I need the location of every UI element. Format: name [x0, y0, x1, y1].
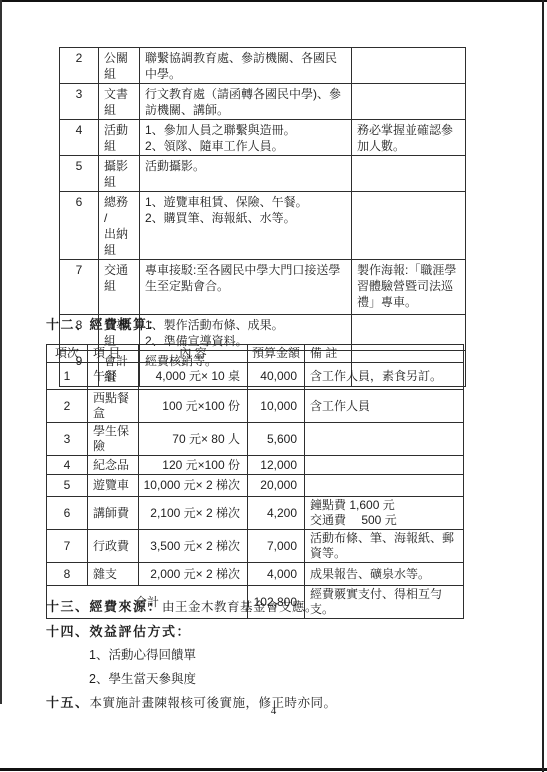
table-row: 5 攝影組 活動攝影。	[60, 156, 466, 192]
col-header-item: 項 目	[88, 345, 139, 363]
section-13-text: 由王金木教育基金會支應。	[162, 600, 318, 614]
row-no: 6	[60, 192, 99, 260]
row-no: 5	[60, 156, 99, 192]
budget-note	[305, 456, 464, 475]
section-13-heading: 十三、經費來源：	[46, 599, 162, 614]
budget-amount: 4,000	[248, 563, 305, 586]
org-duty-table: 2 公關組 聯繫協調教育處、參訪機關、各國民中學。 3 文書組 行文教育處（請函…	[59, 47, 466, 387]
section-12-heading: 十二、經費概算：	[46, 314, 162, 333]
table-row: 3 學生保險 70 元× 80 人 5,600	[47, 423, 464, 456]
budget-detail: 2,000 元× 2 梯次	[139, 563, 248, 586]
group-tasks: 聯繫協調教育處、參訪機關、各國民中學。	[140, 48, 352, 84]
budget-item: 行政費	[88, 530, 139, 563]
row-no: 8	[47, 563, 88, 586]
group-tasks: 1、遊覽車租賃、保險、午餐。 2、購買筆、海報紙、水等。	[140, 192, 352, 260]
budget-amount: 5,600	[248, 423, 305, 456]
budget-detail: 120 元×100 份	[139, 456, 248, 475]
col-header-amount: 預算金額	[248, 345, 305, 363]
table-row: 4 活動組 1、參加人員之聯繫與造冊。 2、領隊、隨車工作人員。 務必掌握並確認…	[60, 120, 466, 156]
group-name: 公關組	[99, 48, 140, 84]
budget-amount: 40,000	[248, 363, 305, 390]
group-note: 製作海報:「職涯學習體驗營暨司法巡禮」專車。	[352, 260, 466, 315]
budget-item: 雜支	[88, 563, 139, 586]
group-note	[352, 192, 466, 260]
table-row: 6 講師費 2,100 元× 2 梯次 4,200 鐘點費 1,600 元 交通…	[47, 497, 464, 530]
budget-detail: 70 元× 80 人	[139, 423, 248, 456]
group-tasks: 專車接駁:至各國民中學大門口接送學生至定點會合。	[140, 260, 352, 315]
section-14-heading: 十四、效益評估方式：	[46, 621, 191, 640]
budget-note: 鐘點費 1,600 元 交通費 500 元	[305, 497, 464, 530]
row-no: 4	[47, 456, 88, 475]
budget-item: 西點餐盒	[88, 390, 139, 423]
budget-detail: 2,100 元× 2 梯次	[139, 497, 248, 530]
table-row: 1 午餐 4,000 元× 10 桌 40,000 含工作人員，素食另訂。	[47, 363, 464, 390]
budget-item: 遊覽車	[88, 475, 139, 497]
budget-detail: 100 元×100 份	[139, 390, 248, 423]
group-name: 文書組	[99, 84, 140, 120]
row-no: 5	[47, 475, 88, 497]
budget-detail: 3,500 元× 2 梯次	[139, 530, 248, 563]
budget-note: 含工作人員，素食另訂。	[305, 363, 464, 390]
col-header-no: 項次	[47, 345, 88, 363]
budget-amount: 4,200	[248, 497, 305, 530]
group-tasks: 行文教育處（請函轉各國民中學)、參訪機關、講師。	[140, 84, 352, 120]
budget-detail: 4,000 元× 10 桌	[139, 363, 248, 390]
table-row: 5 遊覽車 10,000 元× 2 梯次 20,000	[47, 475, 464, 497]
table-row: 6 總務 / 出納組 1、遊覽車租賃、保險、午餐。 2、購買筆、海報紙、水等。	[60, 192, 466, 260]
section-14-item-1: 1、活動心得回饋單	[89, 645, 196, 663]
group-name: 攝影組	[99, 156, 140, 192]
budget-item: 午餐	[88, 363, 139, 390]
budget-amount: 7,000	[248, 530, 305, 563]
budget-table: 項次 項 目 內 容 預算金額 備 註 1 午餐 4,000 元× 10 桌 4…	[46, 344, 464, 619]
table-row: 7 交通組 專車接駁:至各國民中學大門口接送學生至定點會合。 製作海報:「職涯學…	[60, 260, 466, 315]
group-tasks: 活動攝影。	[140, 156, 352, 192]
budget-note: 含工作人員	[305, 390, 464, 423]
budget-note	[305, 475, 464, 497]
budget-note	[305, 423, 464, 456]
table-row: 2 公關組 聯繫協調教育處、參訪機關、各國民中學。	[60, 48, 466, 84]
budget-note: 活動布條、筆、海報紙、郵資等。	[305, 530, 464, 563]
row-no: 3	[60, 84, 99, 120]
table-header-row: 項次 項 目 內 容 預算金額 備 註	[47, 345, 464, 363]
row-no: 6	[47, 497, 88, 530]
row-no: 2	[60, 48, 99, 84]
budget-item: 學生保險	[88, 423, 139, 456]
table-row: 8 雜支 2,000 元× 2 梯次 4,000 成果報告、礦泉水等。	[47, 563, 464, 586]
row-no: 7	[47, 530, 88, 563]
page-border-top	[0, 0, 547, 2]
row-no: 7	[60, 260, 99, 315]
group-note	[352, 48, 466, 84]
col-header-detail: 內 容	[139, 345, 248, 363]
group-note: 務必掌握並確認參加人數。	[352, 120, 466, 156]
budget-note: 成果報告、礦泉水等。	[305, 563, 464, 586]
table-row: 4 紀念品 120 元×100 份 12,000	[47, 456, 464, 475]
row-no: 2	[47, 390, 88, 423]
budget-amount: 20,000	[248, 475, 305, 497]
section-13-line: 十三、經費來源：由王金木教育基金會支應。	[46, 596, 318, 615]
group-name: 交通組	[99, 260, 140, 315]
row-no: 1	[47, 363, 88, 390]
table-row: 3 文書組 行文教育處（請函轉各國民中學)、參訪機關、講師。	[60, 84, 466, 120]
group-note	[352, 156, 466, 192]
page-number: 4	[0, 705, 547, 717]
budget-item: 紀念品	[88, 456, 139, 475]
group-name: 活動組	[99, 120, 140, 156]
section-14-item-2: 2、學生當天參與度	[89, 669, 196, 687]
budget-item: 講師費	[88, 497, 139, 530]
page-border-bottom	[0, 768, 547, 771]
group-tasks: 1、參加人員之聯繫與造冊。 2、領隊、隨車工作人員。	[140, 120, 352, 156]
budget-detail: 10,000 元× 2 梯次	[139, 475, 248, 497]
group-name: 總務 / 出納組	[99, 192, 140, 260]
page-border-left	[0, 0, 2, 704]
page-border-right	[542, 0, 544, 772]
group-note	[352, 84, 466, 120]
col-header-note: 備 註	[305, 345, 464, 363]
budget-amount: 10,000	[248, 390, 305, 423]
document-page: 2 公關組 聯繫協調教育處、參訪機關、各國民中學。 3 文書組 行文教育處（請函…	[0, 0, 547, 772]
table-row: 2 西點餐盒 100 元×100 份 10,000 含工作人員	[47, 390, 464, 423]
total-note: 經費覈實支付、得相互勻支。	[305, 586, 464, 619]
row-no: 3	[47, 423, 88, 456]
table-row: 7 行政費 3,500 元× 2 梯次 7,000 活動布條、筆、海報紙、郵資等…	[47, 530, 464, 563]
budget-amount: 12,000	[248, 456, 305, 475]
row-no: 4	[60, 120, 99, 156]
